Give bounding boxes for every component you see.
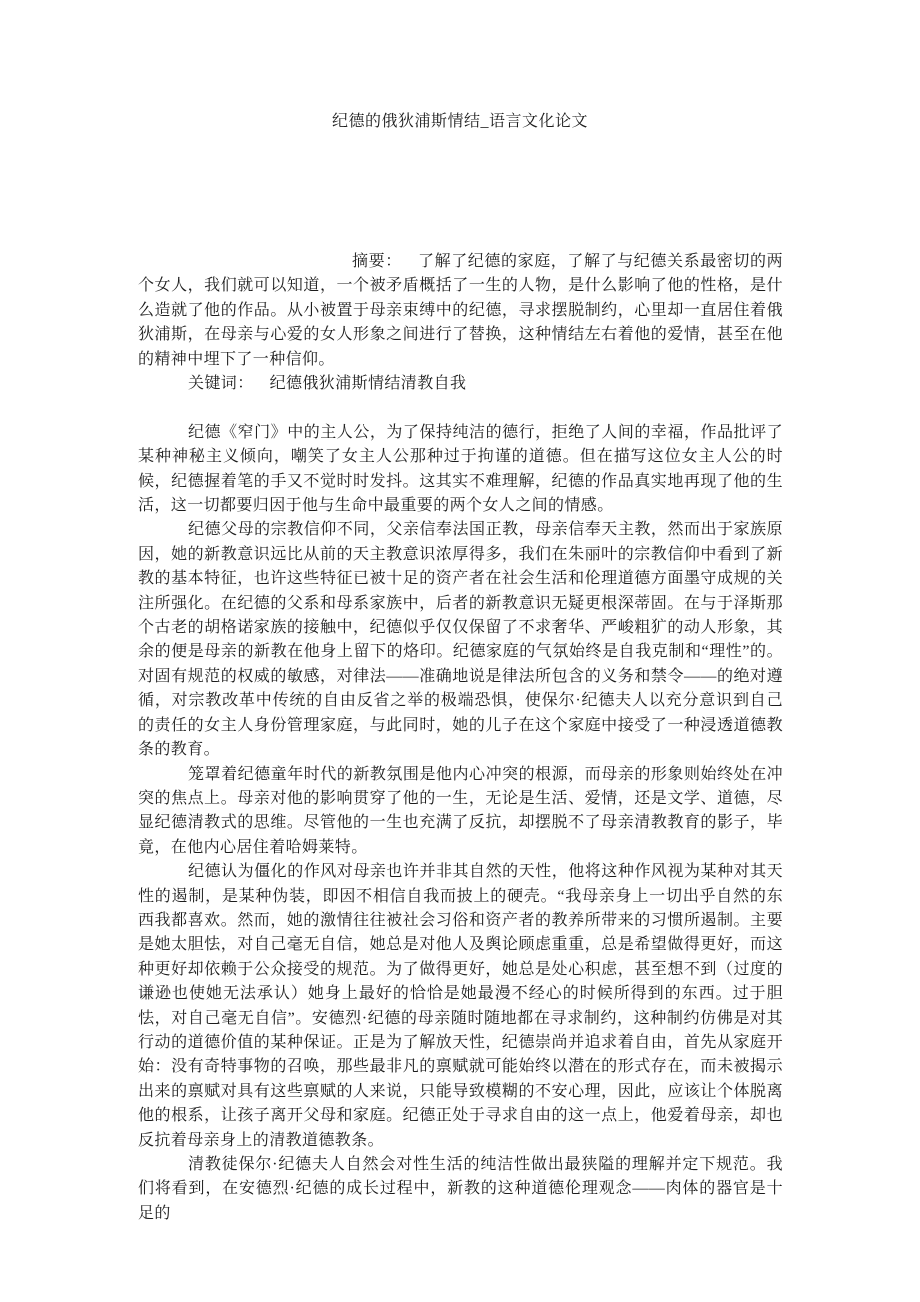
document-body: 摘要：了解了纪德的家庭，了解了与纪德关系最密切的两个女人，我们就可以知道，一个被…	[138, 250, 783, 1226]
body-paragraph-3: 笼罩着纪德童年时代的新教氛围是他内心冲突的根源，而母亲的形象则始终处在冲突的焦点…	[138, 763, 783, 861]
abstract-label: 摘要：	[352, 253, 402, 270]
body-paragraph-5: 清教徒保尔·纪德夫人自然会对性生活的纯洁性做出最狭隘的理解并定下规范。我们将看到…	[138, 1153, 783, 1226]
abstract-text: 了解了纪德的家庭，了解了与纪德关系最密切的两个女人，我们就可以知道，一个被矛盾概…	[138, 253, 783, 368]
abstract-paragraph: 摘要：了解了纪德的家庭，了解了与纪德关系最密切的两个女人，我们就可以知道，一个被…	[138, 250, 783, 372]
blank-line-spacer	[138, 396, 783, 420]
page-title: 纪德的俄狄浦斯情结_语言文化论文	[0, 0, 920, 134]
keywords-line: 关键词：纪德俄狄浦斯情结清教自我	[138, 372, 783, 396]
keywords-text: 纪德俄狄浦斯情结清教自我	[270, 375, 467, 392]
document-page: 纪德的俄狄浦斯情结_语言文化论文 摘要：了解了纪德的家庭，了解了与纪德关系最密切…	[0, 0, 920, 1302]
body-paragraph-1: 纪德《窄门》中的主人公，为了保持纯洁的德行，拒绝了人间的幸福，作品批评了某种神秘…	[138, 421, 783, 519]
body-paragraph-2: 纪德父母的宗教信仰不同，父亲信奉法国正教，母亲信奉天主教，然而出于家族原因，她的…	[138, 518, 783, 762]
keywords-label: 关键词：	[188, 375, 254, 392]
body-paragraph-4: 纪德认为僵化的作风对母亲也许并非其自然的天性，他将这种作风视为某种对其天性的遏制…	[138, 860, 783, 1153]
